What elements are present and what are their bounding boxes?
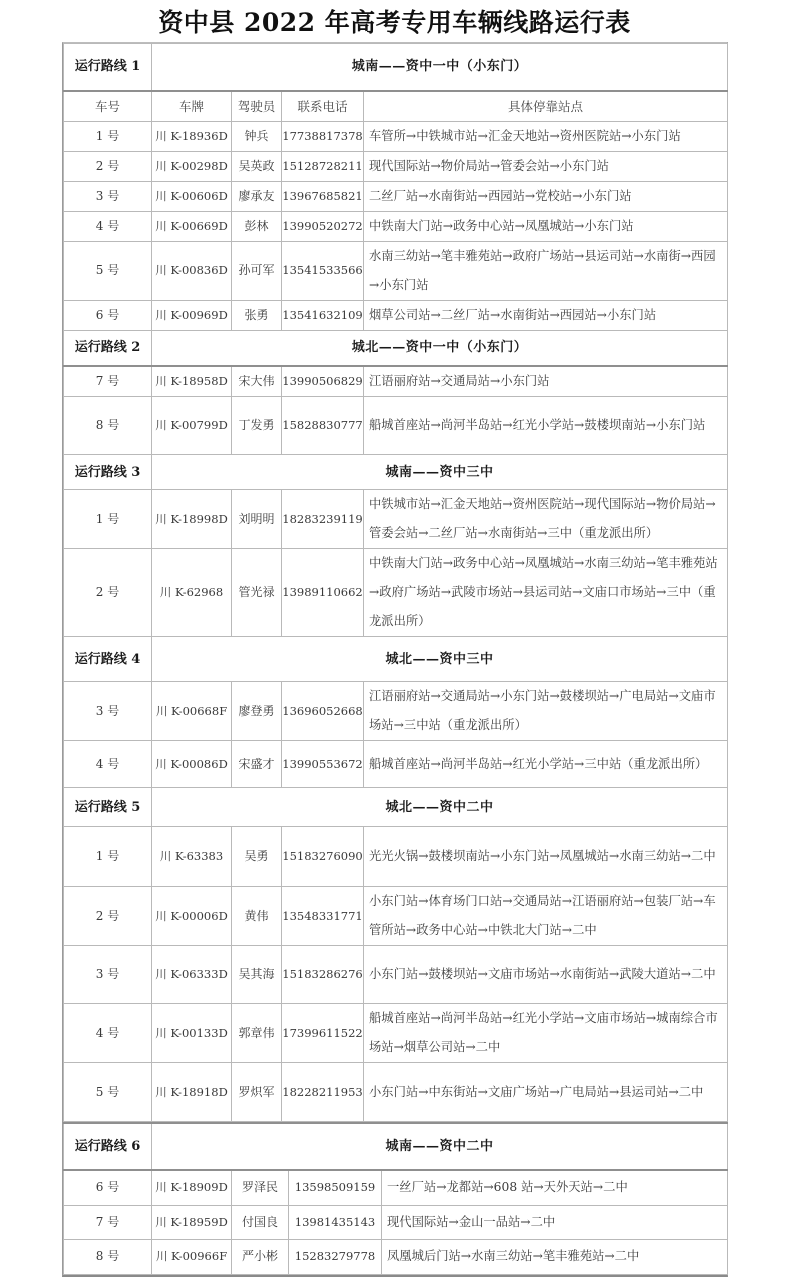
plate: 川 K-00799D	[152, 397, 232, 455]
phone: 13548331771	[282, 887, 364, 946]
table-row: 8 号 川 K-00966F 严小彬 15283279778 凤凰城后门站→水南…	[64, 1239, 728, 1274]
driver: 钟兵	[232, 121, 282, 151]
car-no: 5 号	[64, 241, 152, 300]
table-row: 2 号 川 K-00006D 黄伟 13548331771 小东门站→体育场门口…	[64, 887, 728, 946]
phone: 15128728211	[282, 151, 364, 181]
phone: 13967685821	[282, 181, 364, 211]
table-row: 2 号 川 K-62968 管光禄 13989110662 中铁南大门站→政务中…	[64, 549, 728, 637]
driver: 罗泽民	[232, 1170, 289, 1205]
column-header-plate: 车牌	[152, 91, 232, 122]
route-name: 城南——资中二中	[152, 1123, 728, 1170]
route-label: 运行路线 1	[64, 44, 152, 91]
page-title: 资中县 2022 年高考专用车辆线路运行表	[0, 3, 789, 39]
route-label: 运行路线 2	[64, 330, 152, 366]
stops: 中铁南大门站→政务中心站→凤凰城站→水南三幼站→笔丰雅苑站→政府广场站→武陵市场…	[364, 549, 728, 637]
car-no: 1 号	[64, 827, 152, 887]
driver: 吴其海	[232, 946, 282, 1004]
table-row: 3 号 川 K-06333D 吴其海 15183286276 小东门站→鼓楼坝站…	[64, 946, 728, 1004]
plate: 川 K-62968	[152, 549, 232, 637]
phone: 13541533566	[282, 241, 364, 300]
route-label: 运行路线 4	[64, 637, 152, 682]
stops: 中铁南大门站→政务中心站→凤凰城站→小东门站	[364, 211, 728, 241]
route-name: 城南——资中一中（小东门）	[152, 44, 728, 91]
car-no: 4 号	[64, 1004, 152, 1063]
route-label: 运行路线 3	[64, 455, 152, 490]
stops: 江语丽府站→交通局站→小东门站→鼓楼坝站→广电局站→文庙市场站→三中站（重龙派出…	[364, 682, 728, 741]
plate: 川 K-18958D	[152, 366, 232, 397]
phone: 13981435143	[289, 1205, 382, 1239]
stops: 二丝厂站→水南街站→西园站→党校站→小东门站	[364, 181, 728, 211]
column-header-row: 车号 车牌 驾驶员 联系电话 具体停靠站点	[64, 91, 728, 122]
phone: 17738817378	[282, 121, 364, 151]
car-no: 3 号	[64, 946, 152, 1004]
car-no: 1 号	[64, 121, 152, 151]
phone: 15828830777	[282, 397, 364, 455]
stops: 江语丽府站→交通局站→小东门站	[364, 366, 728, 397]
route-header-6: 运行路线 6 城南——资中二中	[64, 1123, 728, 1170]
route-header-2: 运行路线 2 城北——资中一中（小东门）	[64, 330, 728, 366]
route-header-3: 运行路线 3 城南——资中三中	[64, 455, 728, 490]
table-row: 7 号 川 K-18959D 付国良 13981435143 现代国际站→金山一…	[64, 1205, 728, 1239]
route-schedule-table: 运行路线 1 城南——资中一中（小东门） 车号 车牌 驾驶员 联系电话 具体停靠…	[62, 42, 728, 1277]
plate: 川 K-18959D	[152, 1205, 232, 1239]
route-name: 城南——资中三中	[152, 455, 728, 490]
driver: 严小彬	[232, 1239, 289, 1274]
table-row: 2 号 川 K-00298D 吴英政 15128728211 现代国际站→物价局…	[64, 151, 728, 181]
stops: 小东门站→中东街站→文庙广场站→广电局站→县运司站→二中	[364, 1063, 728, 1122]
table-row: 1 号 川 K-18998D 刘明明 18283239119 中铁城市站→汇金天…	[64, 490, 728, 549]
stops: 车管所→中铁城市站→汇金天地站→资州医院站→小东门站	[364, 121, 728, 151]
table-row: 6 号 川 K-00969D 张勇 13541632109 烟草公司站→二丝厂站…	[64, 300, 728, 330]
plate: 川 K-00668F	[152, 682, 232, 741]
table-row: 1 号 川 K-63383 吴勇 15183276090 光光火锅→鼓楼坝南站→…	[64, 827, 728, 887]
table-row: 8 号 川 K-00799D 丁发勇 15828830777 船城首座站→尚河半…	[64, 397, 728, 455]
car-no: 1 号	[64, 490, 152, 549]
column-header-car-no: 车号	[64, 91, 152, 122]
table-row: 5 号 川 K-18918D 罗炽军 18228211953 小东门站→中东街站…	[64, 1063, 728, 1122]
table-row: 4 号 川 K-00086D 宋盛才 13990553672 船城首座站→尚河半…	[64, 741, 728, 788]
car-no: 7 号	[64, 366, 152, 397]
route-header-1: 运行路线 1 城南——资中一中（小东门）	[64, 44, 728, 91]
plate: 川 K-00006D	[152, 887, 232, 946]
car-no: 8 号	[64, 1239, 152, 1274]
plate: 川 K-00298D	[152, 151, 232, 181]
car-no: 5 号	[64, 1063, 152, 1122]
route-name: 城北——资中二中	[152, 788, 728, 827]
stops: 小东门站→鼓楼坝站→文庙市场站→水南街站→武陵大道站→二中	[364, 946, 728, 1004]
route-header-5: 运行路线 5 城北——资中二中	[64, 788, 728, 827]
phone: 18283239119	[282, 490, 364, 549]
driver: 吴英政	[232, 151, 282, 181]
route-name: 城北——资中一中（小东门）	[152, 330, 728, 366]
plate: 川 K-00086D	[152, 741, 232, 788]
car-no: 2 号	[64, 151, 152, 181]
phone: 13990553672	[282, 741, 364, 788]
table-row: 7 号 川 K-18958D 宋大伟 13990506829 江语丽府站→交通局…	[64, 366, 728, 397]
stops: 小东门站→体育场门口站→交通局站→江语丽府站→包装厂站→车管所站→政务中心站→中…	[364, 887, 728, 946]
driver: 彭林	[232, 211, 282, 241]
phone: 13598509159	[289, 1170, 382, 1205]
plate: 川 K-00969D	[152, 300, 232, 330]
route-label: 运行路线 5	[64, 788, 152, 827]
table-row: 4 号 川 K-00669D 彭林 13990520272 中铁南大门站→政务中…	[64, 211, 728, 241]
car-no: 6 号	[64, 300, 152, 330]
driver: 刘明明	[232, 490, 282, 549]
car-no: 4 号	[64, 741, 152, 788]
column-header-stops: 具体停靠站点	[364, 91, 728, 122]
car-no: 3 号	[64, 181, 152, 211]
car-no: 8 号	[64, 397, 152, 455]
driver: 黄伟	[232, 887, 282, 946]
plate: 川 K-00836D	[152, 241, 232, 300]
route-header-4: 运行路线 4 城北——资中三中	[64, 637, 728, 682]
stops: 现代国际站→物价局站→管委会站→小东门站	[364, 151, 728, 181]
table-row: 6 号 川 K-18909D 罗泽民 13598509159 一丝厂站→龙都站→…	[64, 1170, 728, 1205]
route-name: 城北——资中三中	[152, 637, 728, 682]
driver: 郭章伟	[232, 1004, 282, 1063]
driver: 廖承友	[232, 181, 282, 211]
plate: 川 K-00966F	[152, 1239, 232, 1274]
phone: 15283279778	[289, 1239, 382, 1274]
phone: 17399611522	[282, 1004, 364, 1063]
stops: 烟草公司站→二丝厂站→水南街站→西园站→小东门站	[364, 300, 728, 330]
driver: 孙可军	[232, 241, 282, 300]
car-no: 4 号	[64, 211, 152, 241]
phone: 13541632109	[282, 300, 364, 330]
phone: 13990506829	[282, 366, 364, 397]
driver: 丁发勇	[232, 397, 282, 455]
driver: 吴勇	[232, 827, 282, 887]
stops: 现代国际站→金山一品站→二中	[382, 1205, 728, 1239]
table-row: 5 号 川 K-00836D 孙可军 13541533566 水南三幼站→笔丰雅…	[64, 241, 728, 300]
plate: 川 K-00606D	[152, 181, 232, 211]
car-no: 2 号	[64, 887, 152, 946]
plate: 川 K-18909D	[152, 1170, 232, 1205]
plate: 川 K-18918D	[152, 1063, 232, 1122]
car-no: 6 号	[64, 1170, 152, 1205]
phone: 15183276090	[282, 827, 364, 887]
phone: 13990520272	[282, 211, 364, 241]
table-row: 1 号 川 K-18936D 钟兵 17738817378 车管所→中铁城市站→…	[64, 121, 728, 151]
plate: 川 K-18936D	[152, 121, 232, 151]
table-row: 3 号 川 K-00668F 廖登勇 13696052668 江语丽府站→交通局…	[64, 682, 728, 741]
driver: 宋大伟	[232, 366, 282, 397]
stops: 船城首座站→尚河半岛站→红光小学站→鼓楼坝南站→小东门站	[364, 397, 728, 455]
car-no: 7 号	[64, 1205, 152, 1239]
driver: 付国良	[232, 1205, 289, 1239]
column-header-phone: 联系电话	[282, 91, 364, 122]
plate: 川 K-00133D	[152, 1004, 232, 1063]
stops: 水南三幼站→笔丰雅苑站→政府广场站→县运司站→水南街→西园→小东门站	[364, 241, 728, 300]
stops: 船城首座站→尚河半岛站→红光小学站→三中站（重龙派出所）	[364, 741, 728, 788]
plate: 川 K-00669D	[152, 211, 232, 241]
stops: 光光火锅→鼓楼坝南站→小东门站→凤凰城站→水南三幼站→二中	[364, 827, 728, 887]
phone: 13989110662	[282, 549, 364, 637]
route-label: 运行路线 6	[64, 1123, 152, 1170]
driver: 罗炽军	[232, 1063, 282, 1122]
column-header-driver: 驾驶员	[232, 91, 282, 122]
table-row: 4 号 川 K-00133D 郭章伟 17399611522 船城首座站→尚河半…	[64, 1004, 728, 1063]
phone: 15183286276	[282, 946, 364, 1004]
stops: 船城首座站→尚河半岛站→红光小学站→文庙市场站→城南综合市场站→烟草公司站→二中	[364, 1004, 728, 1063]
driver: 宋盛才	[232, 741, 282, 788]
plate: 川 K-18998D	[152, 490, 232, 549]
plate: 川 K-63383	[152, 827, 232, 887]
stops: 凤凰城后门站→水南三幼站→笔丰雅苑站→二中	[382, 1239, 728, 1274]
driver: 廖登勇	[232, 682, 282, 741]
phone: 18228211953	[282, 1063, 364, 1122]
stops: 一丝厂站→龙都站→608 站→天外天站→二中	[382, 1170, 728, 1205]
car-no: 3 号	[64, 682, 152, 741]
stops: 中铁城市站→汇金天地站→资州医院站→现代国际站→物价局站→管委会站→二丝厂站→水…	[364, 490, 728, 549]
driver: 管光禄	[232, 549, 282, 637]
phone: 13696052668	[282, 682, 364, 741]
driver: 张勇	[232, 300, 282, 330]
car-no: 2 号	[64, 549, 152, 637]
plate: 川 K-06333D	[152, 946, 232, 1004]
table-row: 3 号 川 K-00606D 廖承友 13967685821 二丝厂站→水南街站…	[64, 181, 728, 211]
